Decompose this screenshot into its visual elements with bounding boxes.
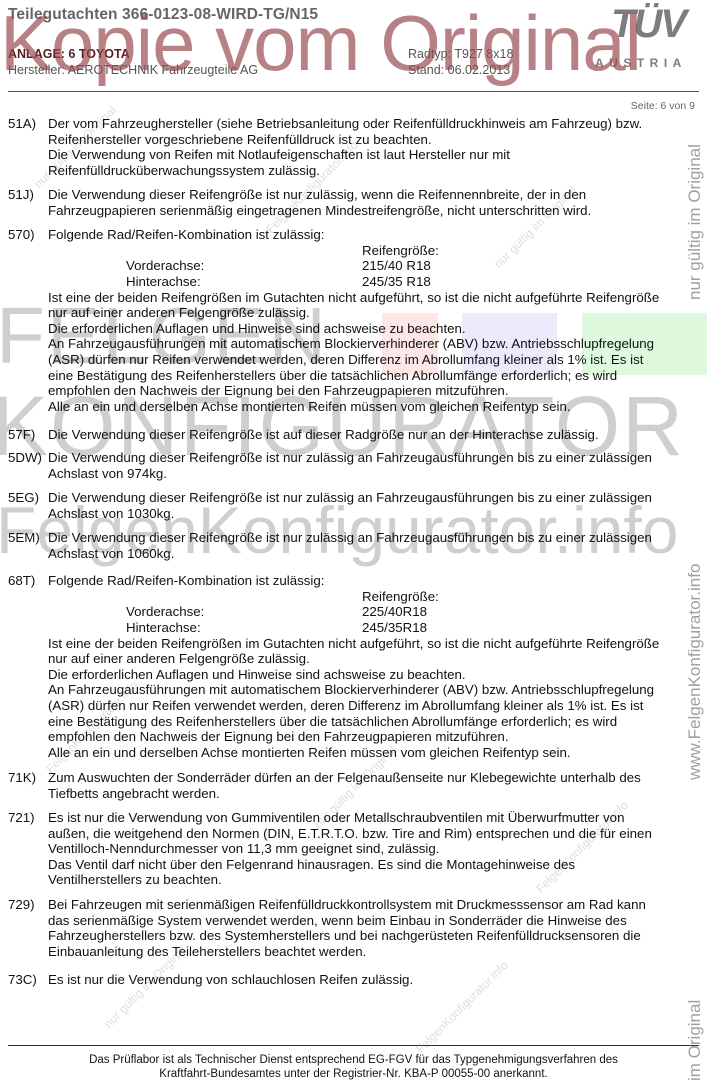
footer-line-2: Kraftfahrt-Bundesamtes unter der Registr… (0, 1067, 707, 1081)
condition-item: 5EG)Die Verwendung dieser Reifengröße is… (8, 490, 694, 521)
condition-line: Fahrzeugpapieren serienmäßig eingetragen… (48, 203, 694, 219)
condition-line: Es ist nur die Verwendung von schlauchlo… (48, 972, 694, 988)
logo-tuv-text: TÜV (611, 2, 685, 47)
condition-item: 5DW)Die Verwendung dieser Reifengröße is… (8, 450, 694, 481)
condition-line: Achslast von 974kg. (48, 466, 694, 482)
condition-line: Die erforderlichen Auflagen und Hinweise… (48, 667, 694, 683)
condition-line: empfohlen den Nachweis der Eignung bei d… (48, 383, 694, 399)
stand-label: Stand: 06.02.2013 (408, 63, 510, 77)
condition-line: eine Bestätigung des Reifenherstellers ü… (48, 368, 694, 384)
hersteller-label: Hersteller: AEROTECHNIK Fahrzeugteile AG (8, 63, 258, 77)
condition-line: Zum Auswuchten der Sonderräder dürfen an… (48, 770, 694, 786)
condition-line: empfohlen den Nachweis der Eignung bei d… (48, 729, 694, 745)
document-title: Teilegutachten 366-0123-08-WIRD-TG/N15 (8, 6, 318, 24)
condition-line: Achslast von 1030kg. (48, 506, 694, 522)
condition-item: 51J)Die Verwendung dieser Reifengröße is… (8, 187, 694, 218)
condition-line: An Fahrzeugausführungen mit automatische… (48, 682, 694, 698)
condition-line: Ventilherstellers zu beachten. (48, 872, 694, 888)
condition-line: (ASR) dürfen nur Reifen verwendet werden… (48, 352, 694, 368)
rear-axle-label: Hinterachse: (126, 274, 201, 290)
condition-line: Der vom Fahrzeughersteller (siehe Betrie… (48, 116, 694, 132)
footer-divider (8, 1045, 699, 1046)
combo-header: Reifengröße: (362, 243, 439, 259)
condition-code: 68T) (8, 573, 48, 589)
condition-line: Alle an ein und derselben Achse montiert… (48, 399, 694, 415)
tire-combination-table: Reifengröße:Vorderachse:215/40 R18Hinter… (48, 243, 694, 290)
condition-body: Die Verwendung dieser Reifengröße ist nu… (48, 490, 694, 521)
condition-code: 51J) (8, 187, 48, 203)
condition-item: 57F)Die Verwendung dieser Reifengröße is… (8, 427, 694, 443)
condition-line: Alle an ein und derselben Achse montiert… (48, 745, 694, 761)
condition-line: An Fahrzeugausführungen mit automatische… (48, 336, 694, 352)
condition-line: Achslast von 1060kg. (48, 546, 694, 562)
condition-item: 729)Bei Fahrzeugen mit serienmäßigen Rei… (8, 897, 694, 959)
page-number: Seite: 6 von 9 (631, 100, 695, 112)
condition-body: Es ist nur die Verwendung von Gummiventi… (48, 810, 694, 888)
condition-item: 5EM)Die Verwendung dieser Reifengröße is… (8, 530, 694, 561)
condition-code: 729) (8, 897, 48, 913)
condition-line: eine Bestätigung des Reifenherstellers ü… (48, 714, 694, 730)
condition-line: Die Verwendung dieser Reifengröße ist au… (48, 427, 694, 443)
condition-body: Folgende Rad/Reifen-Kombination ist zulä… (48, 227, 694, 414)
condition-body: Der vom Fahrzeughersteller (siehe Betrie… (48, 116, 694, 178)
condition-item: 721)Es ist nur die Verwendung von Gummiv… (8, 810, 694, 888)
combo-intro: Folgende Rad/Reifen-Kombination ist zulä… (48, 573, 694, 589)
front-axle-value: 215/40 R18 (362, 258, 431, 274)
condition-body: Die Verwendung dieser Reifengröße ist au… (48, 427, 694, 443)
radtyp-label: Radtyp: T927 8x18 (408, 47, 513, 61)
condition-code: 570) (8, 227, 48, 243)
front-axle-label: Vorderachse: (126, 258, 204, 274)
condition-body: Die Verwendung dieser Reifengröße ist nu… (48, 187, 694, 218)
condition-line: Fahrzeugherstellers bzw. des Systemherst… (48, 928, 694, 944)
condition-code: 71K) (8, 770, 48, 786)
condition-body: Es ist nur die Verwendung von schlauchlo… (48, 972, 694, 988)
condition-code: 721) (8, 810, 48, 826)
header-divider (8, 91, 699, 92)
condition-body: Die Verwendung dieser Reifengröße ist nu… (48, 450, 694, 481)
condition-line: (ASR) dürfen nur Reifen verwendet werden… (48, 698, 694, 714)
condition-line: Bei Fahrzeugen mit serienmäßigen Reifenf… (48, 897, 694, 913)
condition-line: Es ist nur die Verwendung von Gummiventi… (48, 810, 694, 826)
condition-code: 57F) (8, 427, 48, 443)
condition-line: Das Ventil darf nicht über den Felgenran… (48, 857, 694, 873)
condition-line: Einbauanleitung des Teileherstellers bea… (48, 944, 694, 960)
footer-line-1: Das Prüflabor ist als Technischer Dienst… (0, 1053, 707, 1067)
combo-intro: Folgende Rad/Reifen-Kombination ist zulä… (48, 227, 694, 243)
footer-text: Das Prüflabor ist als Technischer Dienst… (0, 1053, 707, 1081)
tuv-austria-logo: TÜV AUSTRIA (593, 8, 703, 78)
condition-code: 5EM) (8, 530, 48, 546)
condition-body: Die Verwendung dieser Reifengröße ist nu… (48, 530, 694, 561)
condition-body: Bei Fahrzeugen mit serienmäßigen Reifenf… (48, 897, 694, 959)
front-axle-value: 225/40R18 (362, 604, 427, 620)
anlage-label: ANLAGE: 6 TOYOTA (8, 47, 130, 61)
condition-code: 5DW) (8, 450, 48, 466)
condition-line: Ventilloch-Nenndurchmesser von 11,3 mm g… (48, 841, 694, 857)
condition-line: Ist eine der beiden Reifengrößen im Guta… (48, 636, 694, 652)
condition-line: Die erforderlichen Auflagen und Hinweise… (48, 321, 694, 337)
combo-header: Reifengröße: (362, 589, 439, 605)
condition-line: nur auf einer anderen Felgengröße zuläss… (48, 305, 694, 321)
condition-body: Zum Auswuchten der Sonderräder dürfen an… (48, 770, 694, 801)
condition-item: 51A)Der vom Fahrzeughersteller (siehe Be… (8, 116, 694, 178)
condition-line: Reifenhersteller vorgeschriebene Reifenf… (48, 132, 694, 148)
condition-line: Die Verwendung dieser Reifengröße ist nu… (48, 187, 694, 203)
condition-line: Ist eine der beiden Reifengrößen im Guta… (48, 290, 694, 306)
condition-item: 570)Folgende Rad/Reifen-Kombination ist … (8, 227, 694, 414)
rear-axle-label: Hinterachse: (126, 620, 201, 636)
condition-line: Reifenfülldrucküberwachungssystem zuläss… (48, 163, 694, 179)
condition-body: Folgende Rad/Reifen-Kombination ist zulä… (48, 573, 694, 760)
front-axle-label: Vorderachse: (126, 604, 204, 620)
condition-line: nur auf einer anderen Felgengröße zuläss… (48, 651, 694, 667)
condition-line: das serienmäßige System verwendet werden… (48, 913, 694, 929)
condition-code: 5EG) (8, 490, 48, 506)
condition-line: Tiefbetts angebracht werden. (48, 786, 694, 802)
tire-combination-table: Reifengröße:Vorderachse:225/40R18Hintera… (48, 589, 694, 636)
rear-axle-value: 245/35R18 (362, 620, 427, 636)
condition-line: außen, die weitgehend den Normen (DIN, E… (48, 826, 694, 842)
condition-line: Die Verwendung dieser Reifengröße ist nu… (48, 450, 694, 466)
condition-code: 73C) (8, 972, 48, 988)
condition-item: 71K)Zum Auswuchten der Sonderräder dürfe… (8, 770, 694, 801)
logo-austria-text: AUSTRIA (595, 56, 687, 70)
condition-item: 73C)Es ist nur die Verwendung von schlau… (8, 972, 694, 988)
condition-line: Die Verwendung dieser Reifengröße ist nu… (48, 530, 694, 546)
condition-code: 51A) (8, 116, 48, 132)
rear-axle-value: 245/35 R18 (362, 274, 431, 290)
condition-line: Die Verwendung von Reifen mit Notlaufeig… (48, 147, 694, 163)
condition-line: Die Verwendung dieser Reifengröße ist nu… (48, 490, 694, 506)
document-page: FELGEN KONFIGURATOR FelgenKonfigurator.i… (0, 0, 707, 1081)
condition-item: 68T)Folgende Rad/Reifen-Kombination ist … (8, 573, 694, 760)
